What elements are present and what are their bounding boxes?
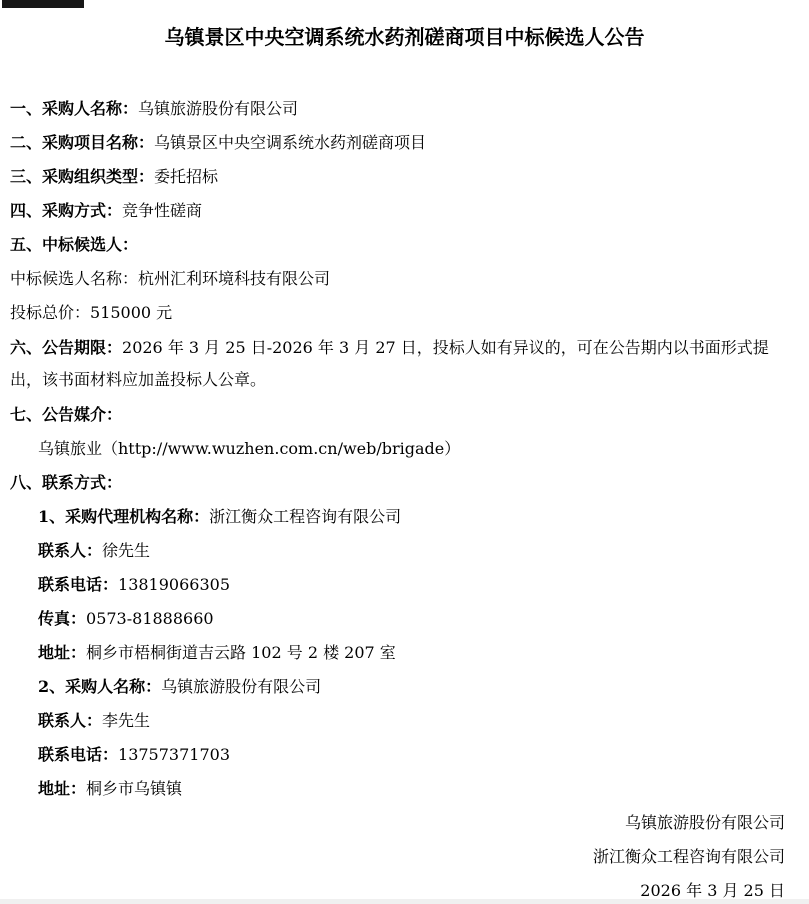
field-agent-phone-value: 13819066305 — [118, 575, 230, 594]
signature-org-1: 乌镇旅游股份有限公司 — [10, 806, 785, 840]
field-agent-contact-label: 联系人： — [38, 541, 102, 560]
field-buyer-address-value: 桐乡市乌镇镇 — [86, 779, 182, 798]
field-agent-phone-label: 联系电话： — [38, 575, 118, 594]
field-buyer-name: 2、采购人名称：乌镇旅游股份有限公司 — [10, 670, 797, 704]
signature-block: 乌镇旅游股份有限公司 浙江衡众工程咨询有限公司 2026 年 3 月 25 日 — [10, 806, 797, 904]
field-bid-total-value: 515000 元 — [90, 303, 172, 322]
field-agent-phone: 联系电话：13819066305 — [10, 568, 797, 602]
section-candidates-heading: 五、中标候选人： — [10, 228, 797, 262]
page-title: 乌镇景区中央空调系统水药剂磋商项目中标候选人公告 — [10, 26, 799, 49]
document-body: 一、采购人名称：乌镇旅游股份有限公司 二、采购项目名称：乌镇景区中央空调系统水药… — [10, 92, 797, 904]
top-left-artifact-bar — [2, 0, 84, 8]
field-buyer-phone: 联系电话：13757371703 — [10, 738, 797, 772]
field-candidate-name-value: 杭州汇利环境科技有限公司 — [138, 269, 330, 288]
field-agent-address-value: 桐乡市梧桐街道吉云路 102 号 2 楼 207 室 — [86, 643, 396, 662]
field-org-type-label: 三、采购组织类型： — [10, 167, 154, 186]
field-agent-fax-value: 0573-81888660 — [86, 609, 214, 628]
field-agent-address: 地址：桐乡市梧桐街道吉云路 102 号 2 楼 207 室 — [10, 636, 797, 670]
field-purchaser-name-label: 一、采购人名称： — [10, 99, 138, 118]
field-method-label: 四、采购方式： — [10, 201, 122, 220]
field-buyer-phone-value: 13757371703 — [118, 745, 230, 764]
field-buyer-address: 地址：桐乡市乌镇镇 — [10, 772, 797, 806]
section-media-label: 七、公告媒介： — [10, 405, 122, 424]
section-notice-period-text: 2026 年 3 月 25 日-2026 年 3 月 27 日，投标人如有异议的… — [10, 338, 769, 389]
section-contacts-label: 八、联系方式： — [10, 473, 122, 492]
field-project-name: 二、采购项目名称：乌镇景区中央空调系统水药剂磋商项目 — [10, 126, 797, 160]
section-notice-period: 六、公告期限：2026 年 3 月 25 日-2026 年 3 月 27 日，投… — [10, 332, 797, 396]
field-buyer-phone-label: 联系电话： — [38, 745, 118, 764]
field-buyer-name-label: 2、采购人名称： — [38, 677, 161, 696]
field-agent-contact-value: 徐先生 — [102, 541, 150, 560]
field-agent-fax: 传真：0573-81888660 — [10, 602, 797, 636]
field-purchaser-name: 一、采购人名称：乌镇旅游股份有限公司 — [10, 92, 797, 126]
field-buyer-name-value: 乌镇旅游股份有限公司 — [161, 677, 321, 696]
field-buyer-contact: 联系人：李先生 — [10, 704, 797, 738]
field-purchaser-name-value: 乌镇旅游股份有限公司 — [138, 99, 298, 118]
section-notice-period-label: 六、公告期限： — [10, 338, 122, 357]
field-buyer-address-label: 地址： — [38, 779, 86, 798]
field-agent-name: 1、采购代理机构名称：浙江衡众工程咨询有限公司 — [10, 500, 797, 534]
field-org-type: 三、采购组织类型：委托招标 — [10, 160, 797, 194]
section-contacts-heading: 八、联系方式： — [10, 466, 797, 500]
field-agent-contact: 联系人：徐先生 — [10, 534, 797, 568]
field-project-name-label: 二、采购项目名称： — [10, 133, 154, 152]
field-method: 四、采购方式：竞争性磋商 — [10, 194, 797, 228]
field-buyer-contact-label: 联系人： — [38, 711, 102, 730]
section-media-heading: 七、公告媒介： — [10, 398, 797, 432]
field-bid-total: 投标总价：515000 元 — [10, 296, 797, 330]
section-candidates-label: 五、中标候选人： — [10, 235, 138, 254]
signature-org-2: 浙江衡众工程咨询有限公司 — [10, 840, 785, 874]
field-project-name-value: 乌镇景区中央空调系统水药剂磋商项目 — [154, 133, 426, 152]
field-agent-name-value: 浙江衡众工程咨询有限公司 — [209, 507, 401, 526]
media-site-and-url: 乌镇旅业（http://www.wuzhen.com.cn/web/brigad… — [38, 439, 460, 458]
field-agent-name-label: 1、采购代理机构名称： — [38, 507, 209, 526]
field-agent-fax-label: 传真： — [38, 609, 86, 628]
field-candidate-name-label: 中标候选人名称： — [10, 269, 138, 288]
bottom-edge-strip — [0, 899, 809, 904]
field-org-type-value: 委托招标 — [154, 167, 218, 186]
field-bid-total-label: 投标总价： — [10, 303, 90, 322]
field-buyer-contact-value: 李先生 — [102, 711, 150, 730]
field-candidate-name: 中标候选人名称：杭州汇利环境科技有限公司 — [10, 262, 797, 296]
field-media-value: 乌镇旅业（http://www.wuzhen.com.cn/web/brigad… — [10, 432, 797, 466]
field-agent-address-label: 地址： — [38, 643, 86, 662]
field-method-value: 竞争性磋商 — [122, 201, 202, 220]
